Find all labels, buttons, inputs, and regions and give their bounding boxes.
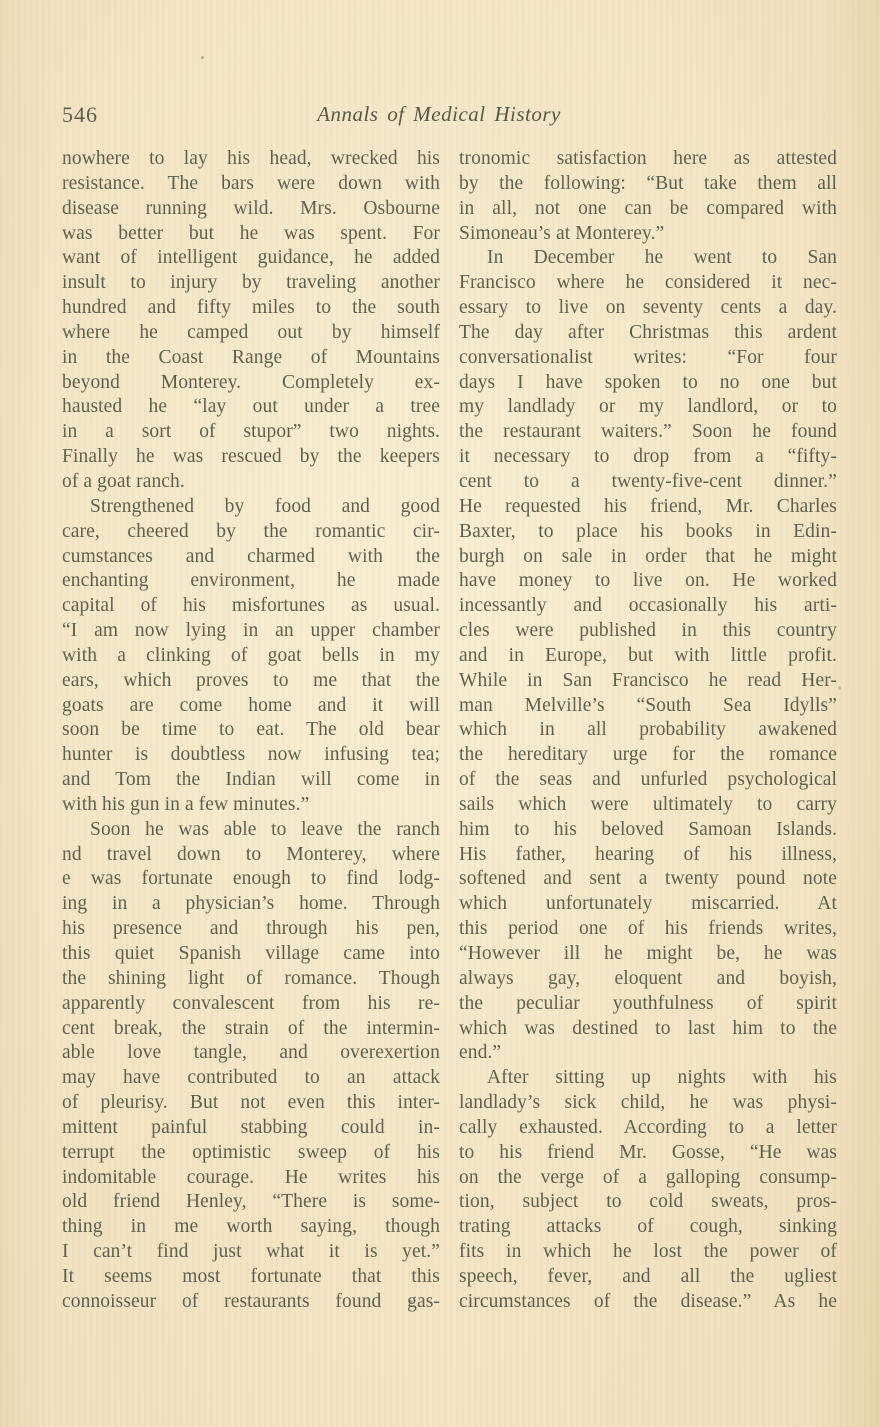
paper-speck [201,56,204,59]
text-line: His father, hearing of his illness, [459,843,837,868]
text-column-right: tronomic satisfaction here as attestedby… [459,147,837,1315]
text-line: beyond Monterey. Completely ex- [62,371,440,396]
text-line: essary to live on seventy cents a day. [459,296,837,321]
text-line: the shining light of romance. Though [62,967,440,992]
text-line: the restaurant waiters.” Soon he found [459,420,837,445]
text-line: my landlady or my landlord, or to [459,395,837,420]
running-head-title: Annals of Medical History [62,102,816,127]
text-line: cumstances and charmed with the [62,545,440,570]
text-line: sails which were ultimately to carry [459,793,837,818]
text-line: fits in which he lost the power of [459,1240,837,1265]
text-line: insult to injury by traveling another [62,271,440,296]
text-line: circumstances of the disease.” As he [459,1290,837,1315]
text-line: It seems most fortunate that this [62,1265,440,1290]
text-line: “However ill he might be, he was [459,942,837,967]
text-line: indomitable courage. He writes his [62,1166,440,1191]
text-line: where he camped out by himself [62,321,440,346]
text-line: goats are come home and it will [62,694,440,719]
book-page-scan: 546 Annals of Medical History nowhere to… [0,0,880,1427]
text-line: the hereditary urge for the romance [459,743,837,768]
text-line: conversationalist writes: “For four [459,346,837,371]
text-line: care, cheered by the romantic cir- [62,520,440,545]
text-line: softened and sent a twenty pound note [459,867,837,892]
text-line: by the following: “But take them all [459,172,837,197]
text-line: it necessary to drop from a “fifty- [459,445,837,470]
text-line: tion, subject to cold sweats, pros- [459,1190,837,1215]
text-line: cent to a twenty-five-cent dinner.” [459,470,837,495]
text-line: Francisco where he considered it nec- [459,271,837,296]
text-line: days I have spoken to no one but [459,371,837,396]
text-line: and in Europe, but with little profit. [459,644,837,669]
text-line: and Tom the Indian will come in [62,768,440,793]
text-line: this quiet Spanish village came into [62,942,440,967]
text-line: mittent painful stabbing could in- [62,1116,440,1141]
text-line: Strengthened by food and good [62,495,440,520]
text-column-left: nowhere to lay his head, wrecked hisresi… [62,147,440,1315]
text-line: disease running wild. Mrs. Osbourne [62,197,440,222]
text-line: him to his beloved Samoan Islands. [459,818,837,843]
text-line: incessantly and occasionally his arti- [459,594,837,619]
text-line: which unfortunately miscarried. At [459,892,837,917]
text-line: cent break, the strain of the intermin- [62,1017,440,1042]
running-head: 546 Annals of Medical History [62,102,836,132]
text-line: have money to live on. He worked [459,569,837,594]
text-line: Baxter, to place his books in Edin- [459,520,837,545]
text-line: soon be time to eat. The old bear [62,718,440,743]
text-line: “I am now lying in an upper chamber [62,619,440,644]
text-line: cally exhausted. According to a letter [459,1116,837,1141]
text-line: apparently convalescent from his re- [62,992,440,1017]
text-line: trating attacks of cough, sinking [459,1215,837,1240]
text-line: on the verge of a galloping consump- [459,1166,837,1191]
text-line: able love tangle, and overexertion [62,1041,440,1066]
text-line: In December he went to San [459,246,837,271]
text-line: capital of his misfortunes as usual. [62,594,440,619]
text-line: hunter is doubtless now infusing tea; [62,743,440,768]
text-line: man Melville’s “South Sea Idylls” [459,694,837,719]
text-line: I can’t find just what it is yet.” [62,1240,440,1265]
text-line: to his friend Mr. Gosse, “He was [459,1141,837,1166]
text-line: enchanting environment, he made [62,569,440,594]
text-line: After sitting up nights with his [459,1066,837,1091]
text-line: hausted he “lay out under a tree [62,395,440,420]
text-line: in all, not one can be compared with [459,197,837,222]
text-line: the peculiar youthfulness of spirit [459,992,837,1017]
text-line: burgh on sale in order that he might [459,545,837,570]
text-line: Simoneau’s at Monterey.” [459,222,837,247]
text-line: old friend Henley, “There is some- [62,1190,440,1215]
text-line: of the seas and unfurled psychological [459,768,837,793]
text-line: his presence and through his pen, [62,917,440,942]
text-line: The day after Christmas this ardent [459,321,837,346]
text-line: connoisseur of restaurants found gas- [62,1290,440,1315]
text-line: with a clinking of goat bells in my [62,644,440,669]
text-line: of pleurisy. But not even this inter- [62,1091,440,1116]
text-line: may have contributed to an attack [62,1066,440,1091]
text-line: ears, which proves to me that the [62,669,440,694]
text-line: hundred and fifty miles to the south [62,296,440,321]
text-line: He requested his friend, Mr. Charles [459,495,837,520]
text-line: end.” [459,1041,837,1066]
text-line: in a sort of stupor” two nights. [62,420,440,445]
text-line: e was fortunate enough to find lodg- [62,867,440,892]
text-line: tronomic satisfaction here as attested [459,147,837,172]
text-line: of a goat ranch. [62,470,440,495]
text-line: with his gun in a few minutes.” [62,793,440,818]
text-line: Finally he was rescued by the keepers [62,445,440,470]
text-line: was better but he was spent. For [62,222,440,247]
text-line: landlady’s sick child, he was physi- [459,1091,837,1116]
text-line: resistance. The bars were down with [62,172,440,197]
text-line: in the Coast Range of Mountains [62,346,440,371]
text-line: cles were published in this country [459,619,837,644]
text-line: terrupt the optimistic sweep of his [62,1141,440,1166]
text-line: Soon he was able to leave the ranch [62,818,440,843]
text-line: which was destined to last him to the [459,1017,837,1042]
text-line: speech, fever, and all the ugliest [459,1265,837,1290]
text-line: thing in me worth saying, though [62,1215,440,1240]
text-line: want of intelligent guidance, he added [62,246,440,271]
text-line: nowhere to lay his head, wrecked his [62,147,440,172]
text-line: which in all probability awakened [459,718,837,743]
paper-speck [838,686,841,690]
text-line: While in San Francisco he read Her- [459,669,837,694]
text-line: ing in a physician’s home. Through [62,892,440,917]
text-line: always gay, eloquent and boyish, [459,967,837,992]
text-line: nd travel down to Monterey, where [62,843,440,868]
text-line: this period one of his friends writes, [459,917,837,942]
